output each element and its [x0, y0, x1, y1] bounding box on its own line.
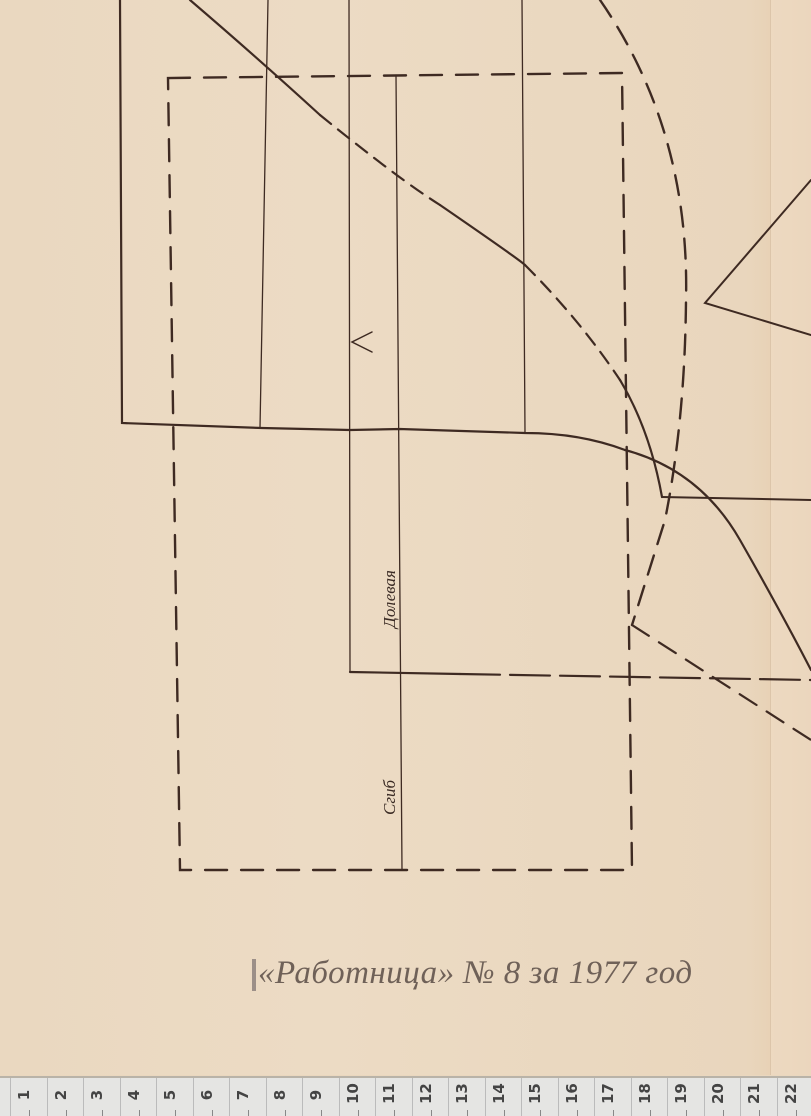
grain-box-bottom [350, 672, 460, 674]
ruler-tick-mark [66, 1110, 67, 1116]
ruler-tick: 16 [558, 1078, 595, 1116]
ruler-tick-mark [686, 1110, 687, 1116]
ruler-tick: 7 [229, 1078, 266, 1116]
armhole-curve-2 [440, 205, 525, 265]
ruler-tick-mark [723, 1110, 724, 1116]
magazine-caption: «Работница» № 8 за 1977 год [252, 955, 693, 992]
ruler-tick: 4 [120, 1078, 157, 1116]
grain-label: Долевая [380, 570, 400, 628]
ruler-tick-label: 16 [563, 1086, 581, 1104]
ruler-tick: 10 [339, 1078, 376, 1116]
ruler-tick-label: 18 [636, 1086, 654, 1104]
ruler-tick: 9 [302, 1078, 339, 1116]
armhole-curve-dashed [320, 115, 440, 205]
cutting-outline [168, 73, 632, 870]
ruler-tick-label: 6 [198, 1086, 216, 1104]
armhole-curve-dashed-2 [525, 265, 620, 380]
ruler-tick-mark [613, 1110, 614, 1116]
pattern-outline-left [120, 0, 625, 450]
ruler-tick-label: 19 [672, 1086, 690, 1104]
ruler-tick: 17 [594, 1078, 631, 1116]
ruler-tick-mark [248, 1110, 249, 1116]
vertical-line-4 [522, 0, 525, 433]
ruler-tick-label: 22 [782, 1086, 800, 1104]
ruler-tick-label: 15 [526, 1086, 544, 1104]
ruler-tick: 19 [667, 1078, 704, 1116]
ruler-tick: 1 [10, 1078, 47, 1116]
ruler-tick-label: 8 [271, 1086, 289, 1104]
ruler-tick: 22 [777, 1078, 811, 1116]
caption-mark [252, 959, 256, 991]
ruler-tick-label: 12 [417, 1086, 435, 1104]
fold-label: Сгиб [380, 780, 400, 815]
ruler-tick-mark [540, 1110, 541, 1116]
ruler-tick-label: 1 [15, 1086, 33, 1104]
ruler-tick-mark [29, 1110, 30, 1116]
ruler-tick-label: 20 [709, 1086, 727, 1104]
ruler-tick-label: 17 [599, 1086, 617, 1104]
horizontal-right [662, 497, 811, 500]
ruler-tick-mark [285, 1110, 286, 1116]
ruler-tick-label: 9 [307, 1086, 325, 1104]
ruler-tick: 3 [83, 1078, 120, 1116]
ruler-tick-mark [431, 1110, 432, 1116]
ruler-tick: 20 [704, 1078, 741, 1116]
ruler-tick-mark [650, 1110, 651, 1116]
ruler-tick: 18 [631, 1078, 668, 1116]
ruler-tick-label: 2 [52, 1086, 70, 1104]
ruler-tick-label: 4 [125, 1086, 143, 1104]
ruler-tick-mark [321, 1110, 322, 1116]
dashed-diagonal [632, 625, 811, 740]
ruler-tick-mark [139, 1110, 140, 1116]
ruler-tick-mark [504, 1110, 505, 1116]
ruler-tick-label: 7 [234, 1086, 252, 1104]
ruler-tick: 6 [193, 1078, 230, 1116]
ruler-tick: 8 [266, 1078, 303, 1116]
ruler-tick: 11 [375, 1078, 412, 1116]
ruler-tick-label: 10 [344, 1086, 362, 1104]
ruler-tick-mark [759, 1110, 760, 1116]
ruler-tick-mark [212, 1110, 213, 1116]
ruler-tick: 15 [521, 1078, 558, 1116]
ruler-tick-label: 21 [745, 1086, 763, 1104]
ruler-tick-mark [577, 1110, 578, 1116]
dashed-horizontal [460, 674, 811, 680]
vertical-line-2 [349, 0, 350, 672]
dashed-arc [600, 0, 686, 625]
armhole-curve [190, 0, 320, 115]
grain-arrow-icon [352, 332, 372, 352]
ruler-tick-mark [175, 1110, 176, 1116]
ruler-tick-label: 3 [88, 1086, 106, 1104]
ruler-tick: 2 [47, 1078, 84, 1116]
ruler-tick: 21 [740, 1078, 777, 1116]
ruler-tick: 12 [412, 1078, 449, 1116]
pattern-sheet: Долевая Сгиб «Работница» № 8 за 1977 год [0, 0, 811, 1075]
pattern-drawing [0, 0, 811, 1075]
ruler-tick-label: 13 [453, 1086, 471, 1104]
caption-text: «Работница» № 8 за 1977 год [258, 955, 693, 991]
vertical-line-3 [396, 75, 402, 870]
triangle-shape [705, 180, 811, 335]
ruler-tick-label: 11 [380, 1086, 398, 1104]
ruler-tick-mark [796, 1110, 797, 1116]
ruler-tick-mark [358, 1110, 359, 1116]
measuring-ruler: 12345678910111213141516171819202122 [0, 1076, 811, 1116]
ruler-tick: 13 [448, 1078, 485, 1116]
ruler-tick: 14 [485, 1078, 522, 1116]
ruler-tick-mark [102, 1110, 103, 1116]
ruler-tick-mark [394, 1110, 395, 1116]
ruler-tick-mark [467, 1110, 468, 1116]
ruler-tick-label: 5 [161, 1086, 179, 1104]
ruler-tick-label: 14 [490, 1086, 508, 1104]
ruler-tick: 5 [156, 1078, 193, 1116]
